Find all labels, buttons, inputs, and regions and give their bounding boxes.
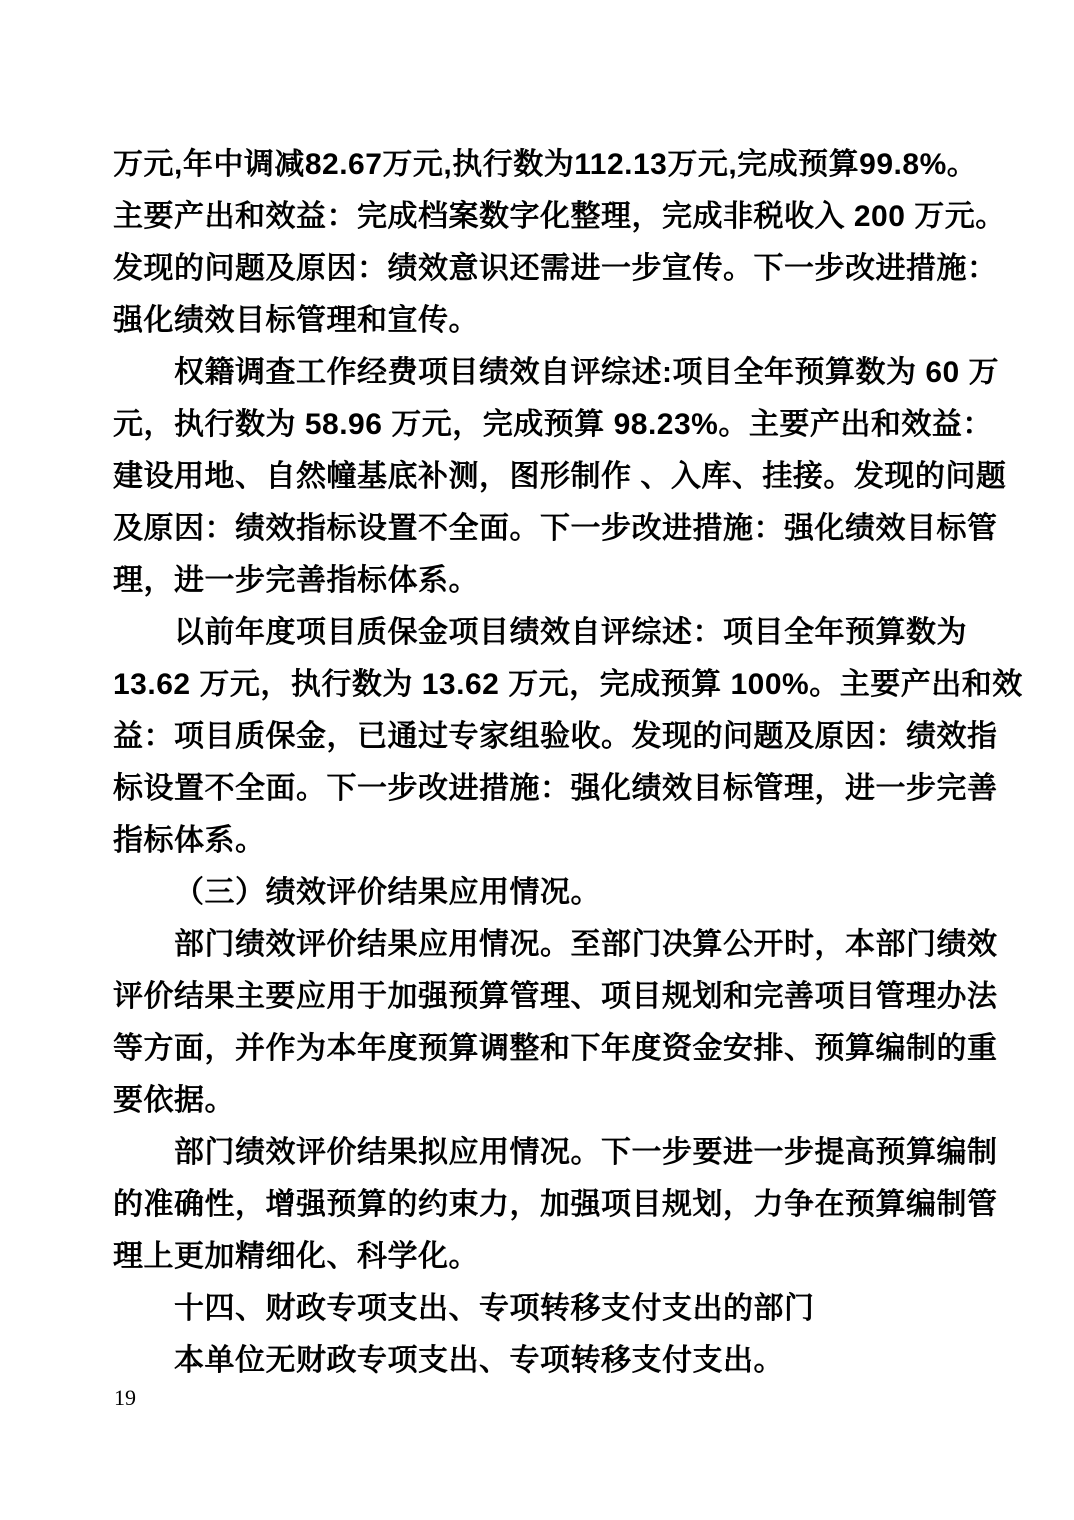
text-line: 评价结果主要应用于加强预算管理、项目规划和完善项目管理办法 [113,971,961,1023]
paragraph-2: 权籍调查工作经费项目绩效自评综述:项目全年预算数为 60 万 元，执行数为 58… [113,347,961,607]
text-line: 发现的问题及原因：绩效意识还需进一步宣传。下一步改进措施： [113,243,961,295]
text-line: 及原因：绩效指标设置不全面。下一步改进措施：强化绩效目标管 [113,503,961,555]
text-line: 权籍调查工作经费项目绩效自评综述:项目全年预算数为 60 万 [113,347,961,399]
text-line: 部门绩效评价结果应用情况。至部门决算公开时，本部门绩效 [113,919,961,971]
text-line: 元，执行数为 58.96 万元，完成预算 98.23%。主要产出和效益： [113,399,961,451]
document-page: 万元,年中调减82.67万元,执行数为112.13万元,完成预算99.8%。 主… [0,0,1074,1520]
text-line: 指标体系。 [113,815,961,867]
paragraph-4-heading: （三）绩效评价结果应用情况。 [113,867,961,919]
text-line: 理上更加精细化、科学化。 [113,1231,961,1283]
text-line: 本单位无财政专项支出、专项转移支付支出。 [113,1335,961,1387]
text-line: 万元,年中调减82.67万元,执行数为112.13万元,完成预算99.8%。 [113,139,961,191]
text-line: 等方面，并作为本年度预算调整和下年度资金安排、预算编制的重 [113,1023,961,1075]
text-line: 以前年度项目质保金项目绩效自评综述：项目全年预算数为 [113,607,961,659]
text-line: 理，进一步完善指标体系。 [113,555,961,607]
text-line: 的准确性，增强预算的约束力，加强项目规划，力争在预算编制管 [113,1179,961,1231]
paragraph-6: 部门绩效评价结果拟应用情况。下一步要进一步提高预算编制 的准确性，增强预算的约束… [113,1127,961,1283]
paragraph-1: 万元,年中调减82.67万元,执行数为112.13万元,完成预算99.8%。 主… [113,139,961,347]
text-line: 要依据。 [113,1075,961,1127]
paragraph-8: 本单位无财政专项支出、专项转移支付支出。 [113,1335,961,1387]
text-line: 主要产出和效益：完成档案数字化整理，完成非税收入 200 万元。 [113,191,961,243]
text-line: 13.62 万元，执行数为 13.62 万元，完成预算 100%。主要产出和效 [113,659,961,711]
page-number: 19 [114,1385,136,1411]
text-line: 部门绩效评价结果拟应用情况。下一步要进一步提高预算编制 [113,1127,961,1179]
paragraph-7-heading: 十四、财政专项支出、专项转移支付支出的部门 [113,1283,961,1335]
document-body: 万元,年中调减82.67万元,执行数为112.13万元,完成预算99.8%。 主… [113,139,961,1387]
section-heading: （三）绩效评价结果应用情况。 [113,867,961,919]
text-line: 建设用地、自然幢基底补测，图形制作 、入库、挂接。发现的问题 [113,451,961,503]
section-heading: 十四、财政专项支出、专项转移支付支出的部门 [113,1283,961,1335]
paragraph-5: 部门绩效评价结果应用情况。至部门决算公开时，本部门绩效 评价结果主要应用于加强预… [113,919,961,1127]
text-line: 标设置不全面。下一步改进措施：强化绩效目标管理，进一步完善 [113,763,961,815]
paragraph-3: 以前年度项目质保金项目绩效自评综述：项目全年预算数为 13.62 万元，执行数为… [113,607,961,867]
text-line: 益：项目质保金，已通过专家组验收。发现的问题及原因：绩效指 [113,711,961,763]
text-line: 强化绩效目标管理和宣传。 [113,295,961,347]
